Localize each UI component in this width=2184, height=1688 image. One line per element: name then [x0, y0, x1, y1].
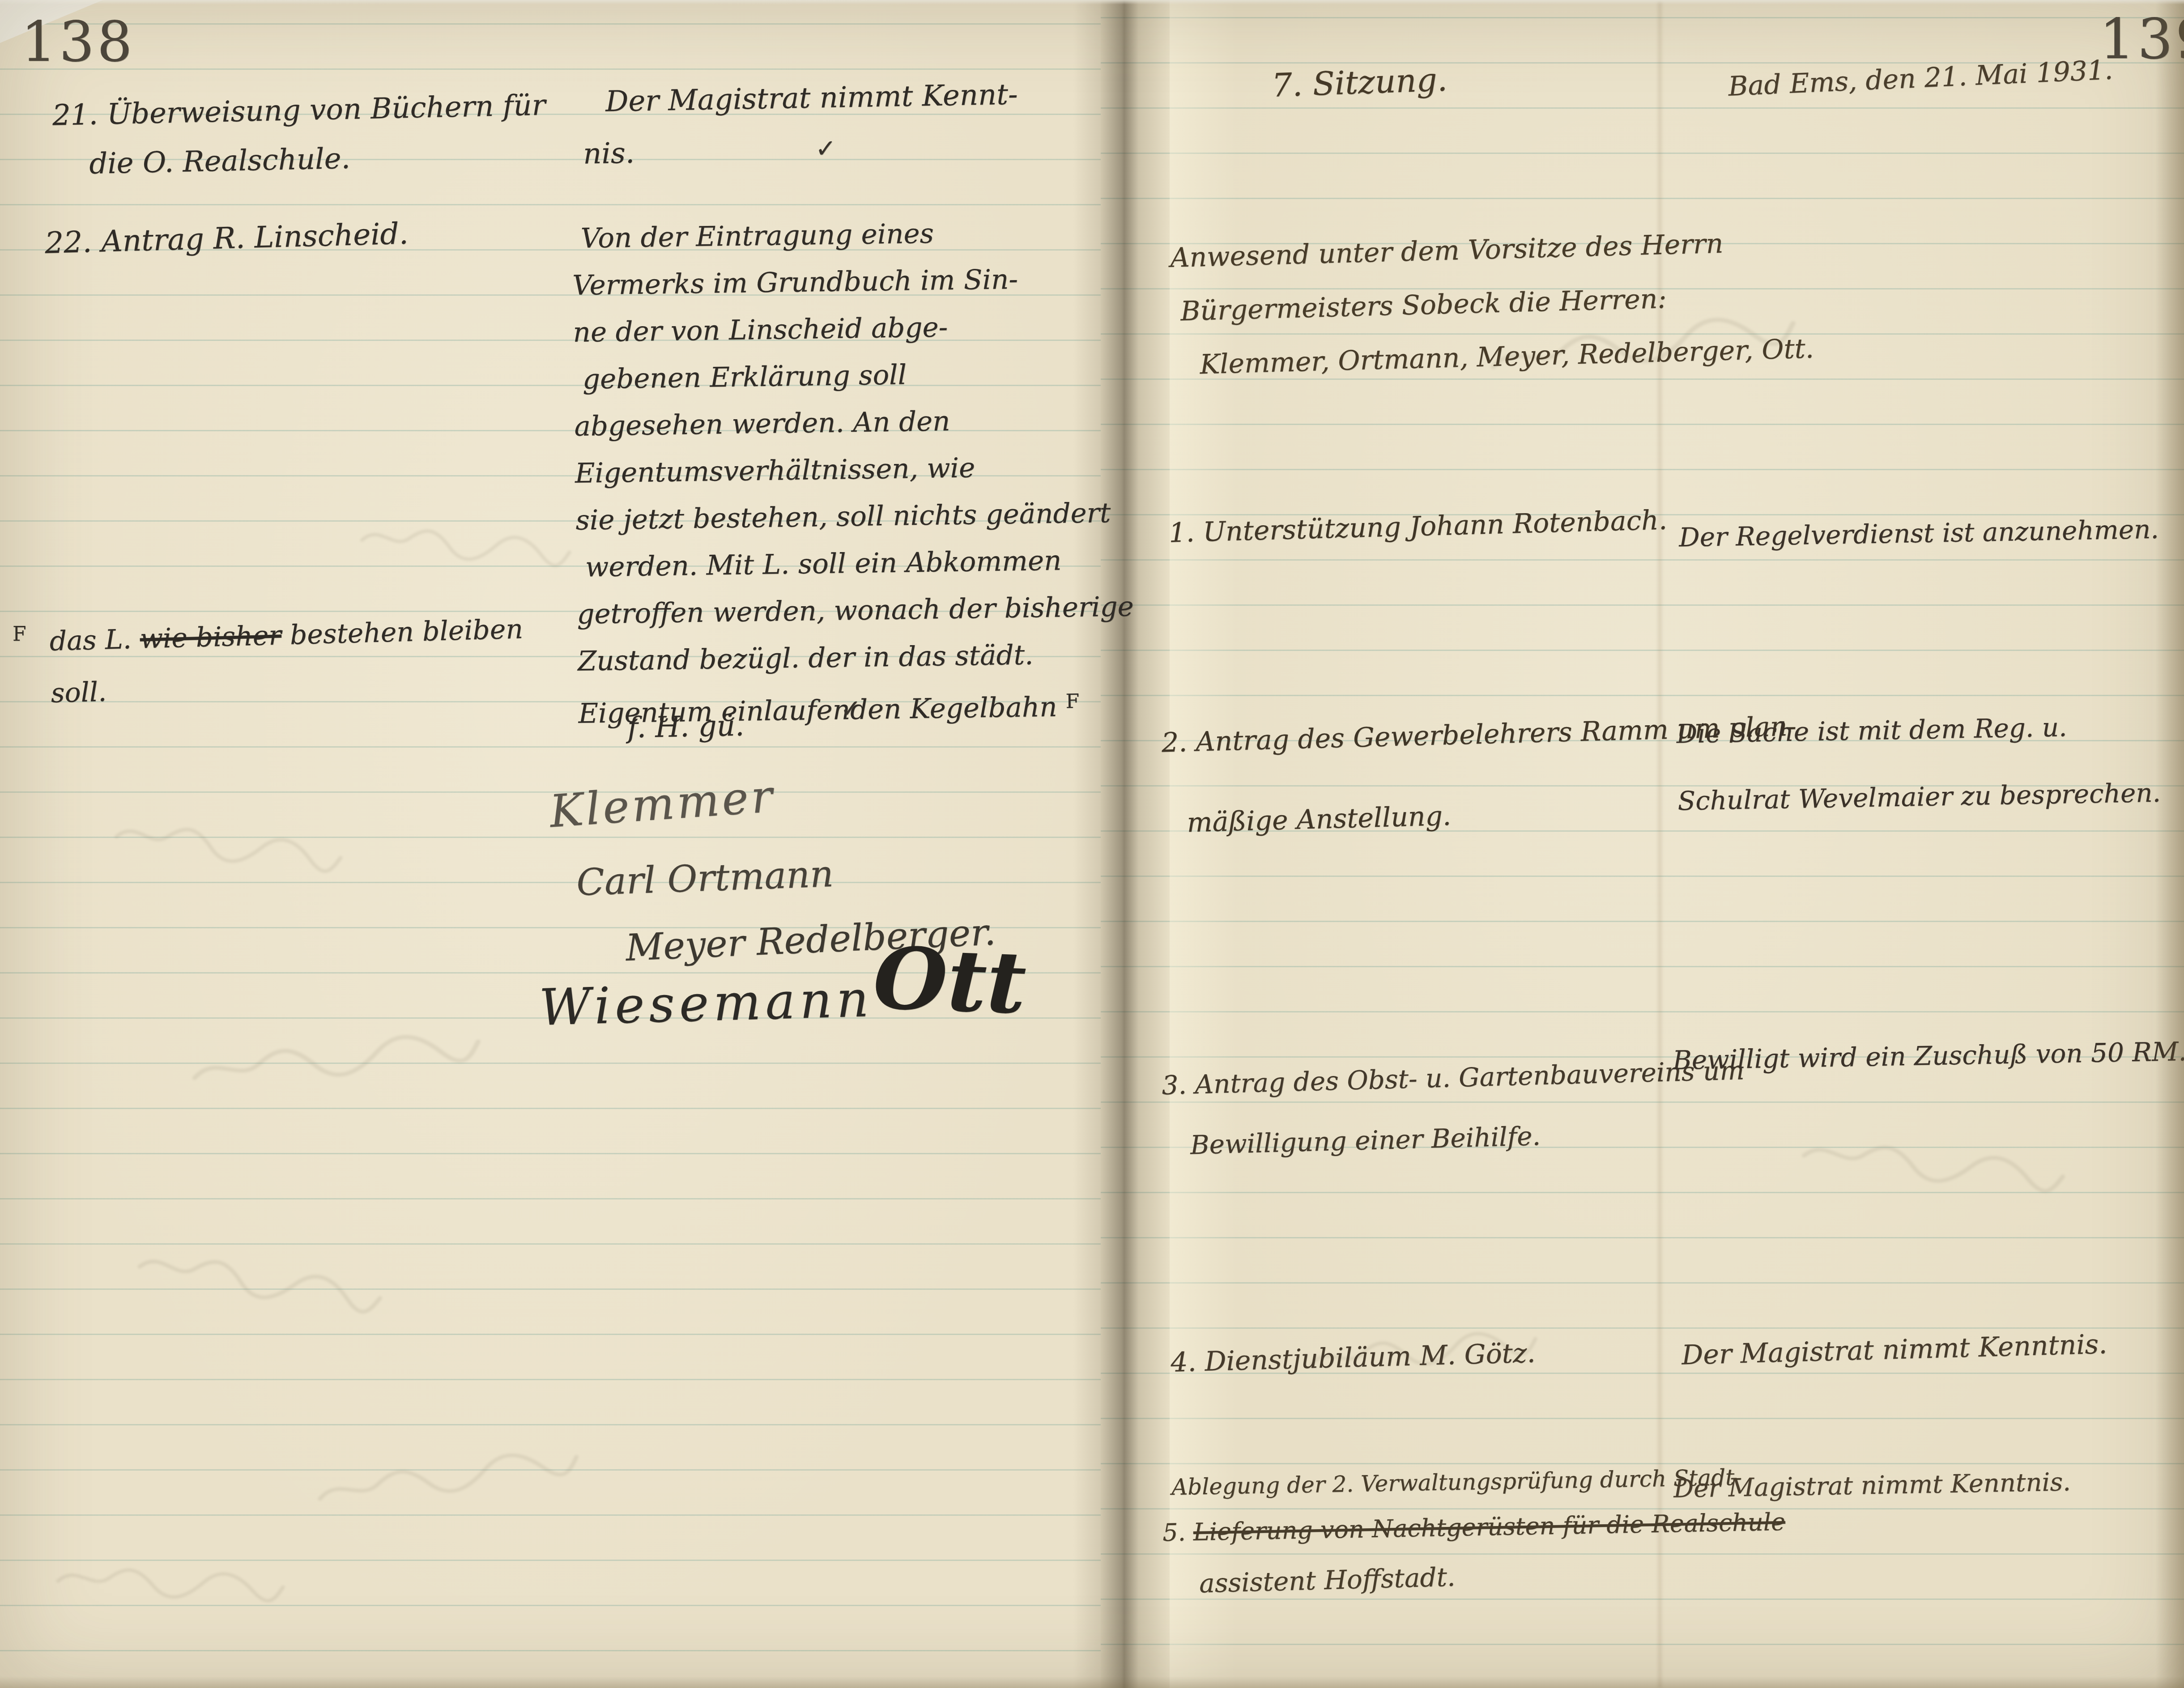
- resolution-line: abgesehen werden. An den: [574, 395, 1132, 450]
- resolution-line: sie jetzt bestehen, soll nichts geändert: [575, 489, 1133, 544]
- item-3-topic: 3. Antrag des Obst- u. Gartenbauvereins …: [1161, 1040, 1747, 1176]
- check-mark: ✓: [840, 694, 861, 723]
- topic-line: 21. Überweisung von Büchern für: [52, 81, 546, 140]
- resolution-line: nis.: [583, 121, 1019, 180]
- resolution-line: gebenen Erklärung soll: [582, 348, 1131, 403]
- reference-mark: F: [13, 623, 26, 646]
- page-edge-shadow: [0, 1676, 2184, 1688]
- resolution-line: Eigentumsverhältnissen, wie: [575, 442, 1132, 497]
- signature: Carl Ortmann: [576, 853, 834, 904]
- scan-edge: [0, 0, 2184, 4]
- page-number: 138: [21, 10, 135, 74]
- check-mark: ✓: [815, 134, 836, 163]
- resolution-line: Vermerks im Grundbuch im Sin-: [572, 254, 1129, 309]
- margin-note: das L. wie bisher bestehen bleiben soll.: [49, 603, 525, 719]
- session-title: 7. Sitzung.: [1271, 60, 1448, 104]
- resolution-line: ne der von Linscheid abge-: [573, 301, 1130, 356]
- entry-21-resolution: Der Magistrat nimmt Kennt- nis.: [582, 69, 1019, 180]
- closing-initials: f. H. gü.: [627, 710, 744, 745]
- resolution-line: Schulrat Wevelmaier zu besprechen.: [1677, 759, 2161, 835]
- resolution-line: Zustand bezügl. der in das städt.: [577, 630, 1135, 685]
- topic-line: die O. Realschule.: [89, 130, 547, 188]
- resolution-line: werden. Mit L. soll ein Abkommen: [585, 536, 1133, 591]
- margin-note-text: bestehen bleiben: [281, 613, 524, 651]
- resolution-line: Die Sache ist mit dem Reg. u.: [1676, 692, 2160, 768]
- margin-note-text: das L.: [49, 624, 140, 657]
- strikethrough-text: wie bisher: [140, 620, 282, 655]
- signature: Wiesemann: [538, 970, 873, 1037]
- resolution-line: Von der Eintragung eines: [580, 207, 1129, 262]
- entry-21-topic: 21. Überweisung von Büchern für die O. R…: [52, 81, 547, 189]
- item-2-resolution: Die Sache ist mit dem Reg. u. Schulrat W…: [1676, 692, 2161, 835]
- ledger-scan: 138 21. Überweisung von Büchern für die …: [0, 0, 2184, 1688]
- attendance-note: Anwesend unter dem Vorsitze des Herrn Bü…: [1170, 214, 1815, 392]
- resolution-line: getroffen werden, wonach der bisherige: [577, 583, 1134, 638]
- reference-mark: F: [1065, 690, 1079, 713]
- resolution-line: Der Magistrat nimmt Kennt-: [605, 69, 1018, 128]
- signature: Ott: [872, 928, 1028, 1033]
- entry-22-resolution: Von der Eintragung eines Vermerks im Gru…: [571, 207, 1136, 737]
- item-number: 5.: [1162, 1518, 1186, 1547]
- page-edge-shadow: [2155, 0, 2184, 1688]
